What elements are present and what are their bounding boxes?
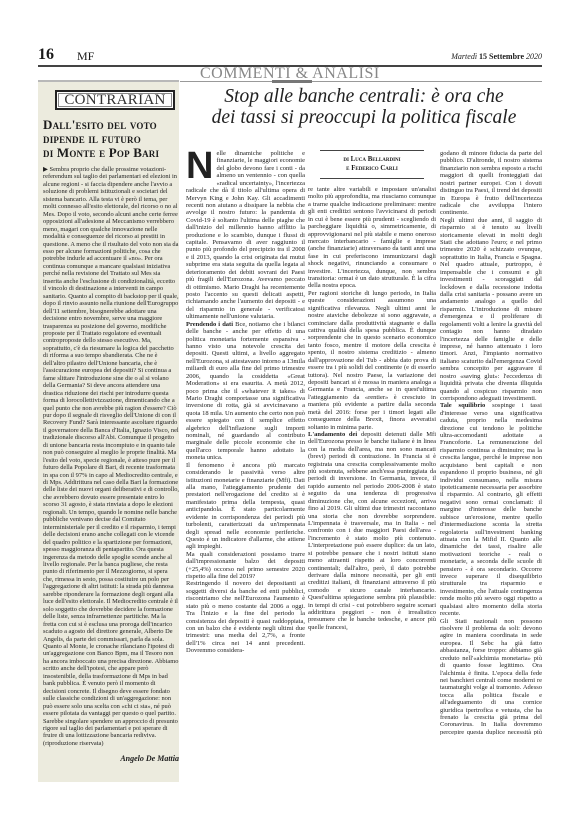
- drop-cap: N: [186, 151, 213, 181]
- paragraph: godano di minore fiducia da parte del pu…: [440, 150, 542, 217]
- byline-rule-top: [320, 150, 424, 151]
- paragraph: Per ragioni storiche di lungo periodo, i…: [308, 290, 436, 431]
- section-rule-accent: [272, 80, 312, 83]
- date-day-month: 15 Settembre: [479, 52, 524, 61]
- article-column-2: re tante altre variabili e impostare un'…: [308, 186, 436, 746]
- section-rule: [180, 81, 542, 82]
- sidebar-top-rule: [38, 80, 179, 82]
- byline-rule-bottom: [320, 178, 424, 179]
- byline-author-1: di Luca Bellardini: [308, 155, 436, 164]
- article-column-3: godano di minore fiducia da parte del pu…: [440, 150, 542, 735]
- paragraph: Negli ultimi due anni, il saggio di risp…: [440, 217, 542, 403]
- sidebar-headline[interactable]: Dall'esito del voto dipende il futuro di…: [43, 118, 179, 160]
- column-label-contrarian: CONTRARIAN: [55, 90, 175, 110]
- publication-name: MF: [77, 49, 94, 64]
- date-year: 2020: [526, 52, 542, 61]
- paragraph: Gli Stati nazionali non possono risolver…: [440, 618, 542, 735]
- paragraph: Tale squilibrio sospinge i tassi d'inter…: [440, 402, 542, 617]
- paragraph: Restringendo il novero dei depositanti a…: [186, 580, 305, 654]
- issue-date: Martedì 15 Settembre 2020: [451, 52, 542, 61]
- paragraph: Il fenomeno è ancora più marcato conside…: [186, 462, 305, 551]
- article-column-1: N elle dinamiche politiche e finanziarie…: [186, 150, 305, 755]
- paragraph-lead: Tale squilibrio: [440, 402, 485, 409]
- paragraph: Prendendo i dati Bce, notiamo che i bila…: [186, 321, 305, 462]
- date-day: Martedì: [451, 52, 477, 61]
- article-headline-line1: Stop alle banche centrali: è ora che: [186, 86, 542, 107]
- sidebar-author: Angelo De Mattia: [43, 754, 179, 763]
- paragraph: L'andamento dei depositi detenuti dalle …: [308, 431, 436, 631]
- page-number: 16: [38, 46, 54, 64]
- paragraph-lead: Prendendo i dati: [186, 321, 233, 328]
- sidebar-headline-line2: dipende il futuro: [43, 132, 179, 146]
- sidebar-body-text: ▶ Sembra proprio che dalle prossime vota…: [43, 166, 179, 756]
- byline-author-2: e Federico Carli: [308, 164, 436, 173]
- paragraph: re tante altre variabili e impostare un'…: [308, 186, 436, 290]
- paragraph-lead: L'andamento dei: [308, 431, 357, 438]
- sidebar-headline-line1: Dall'esito del voto: [43, 118, 179, 132]
- paragraph: Ma quali considerazioni possiamo trarre …: [186, 551, 305, 581]
- article-headline-line2: dei tassi si preoccupi la politica fisca…: [186, 107, 542, 128]
- article-headline[interactable]: Stop alle banche centrali: è ora che dei…: [186, 86, 542, 128]
- byline: di Luca Bellardini e Federico Carli: [308, 150, 436, 184]
- sidebar-headline-line3: di Monte e Pop Bari: [43, 146, 179, 160]
